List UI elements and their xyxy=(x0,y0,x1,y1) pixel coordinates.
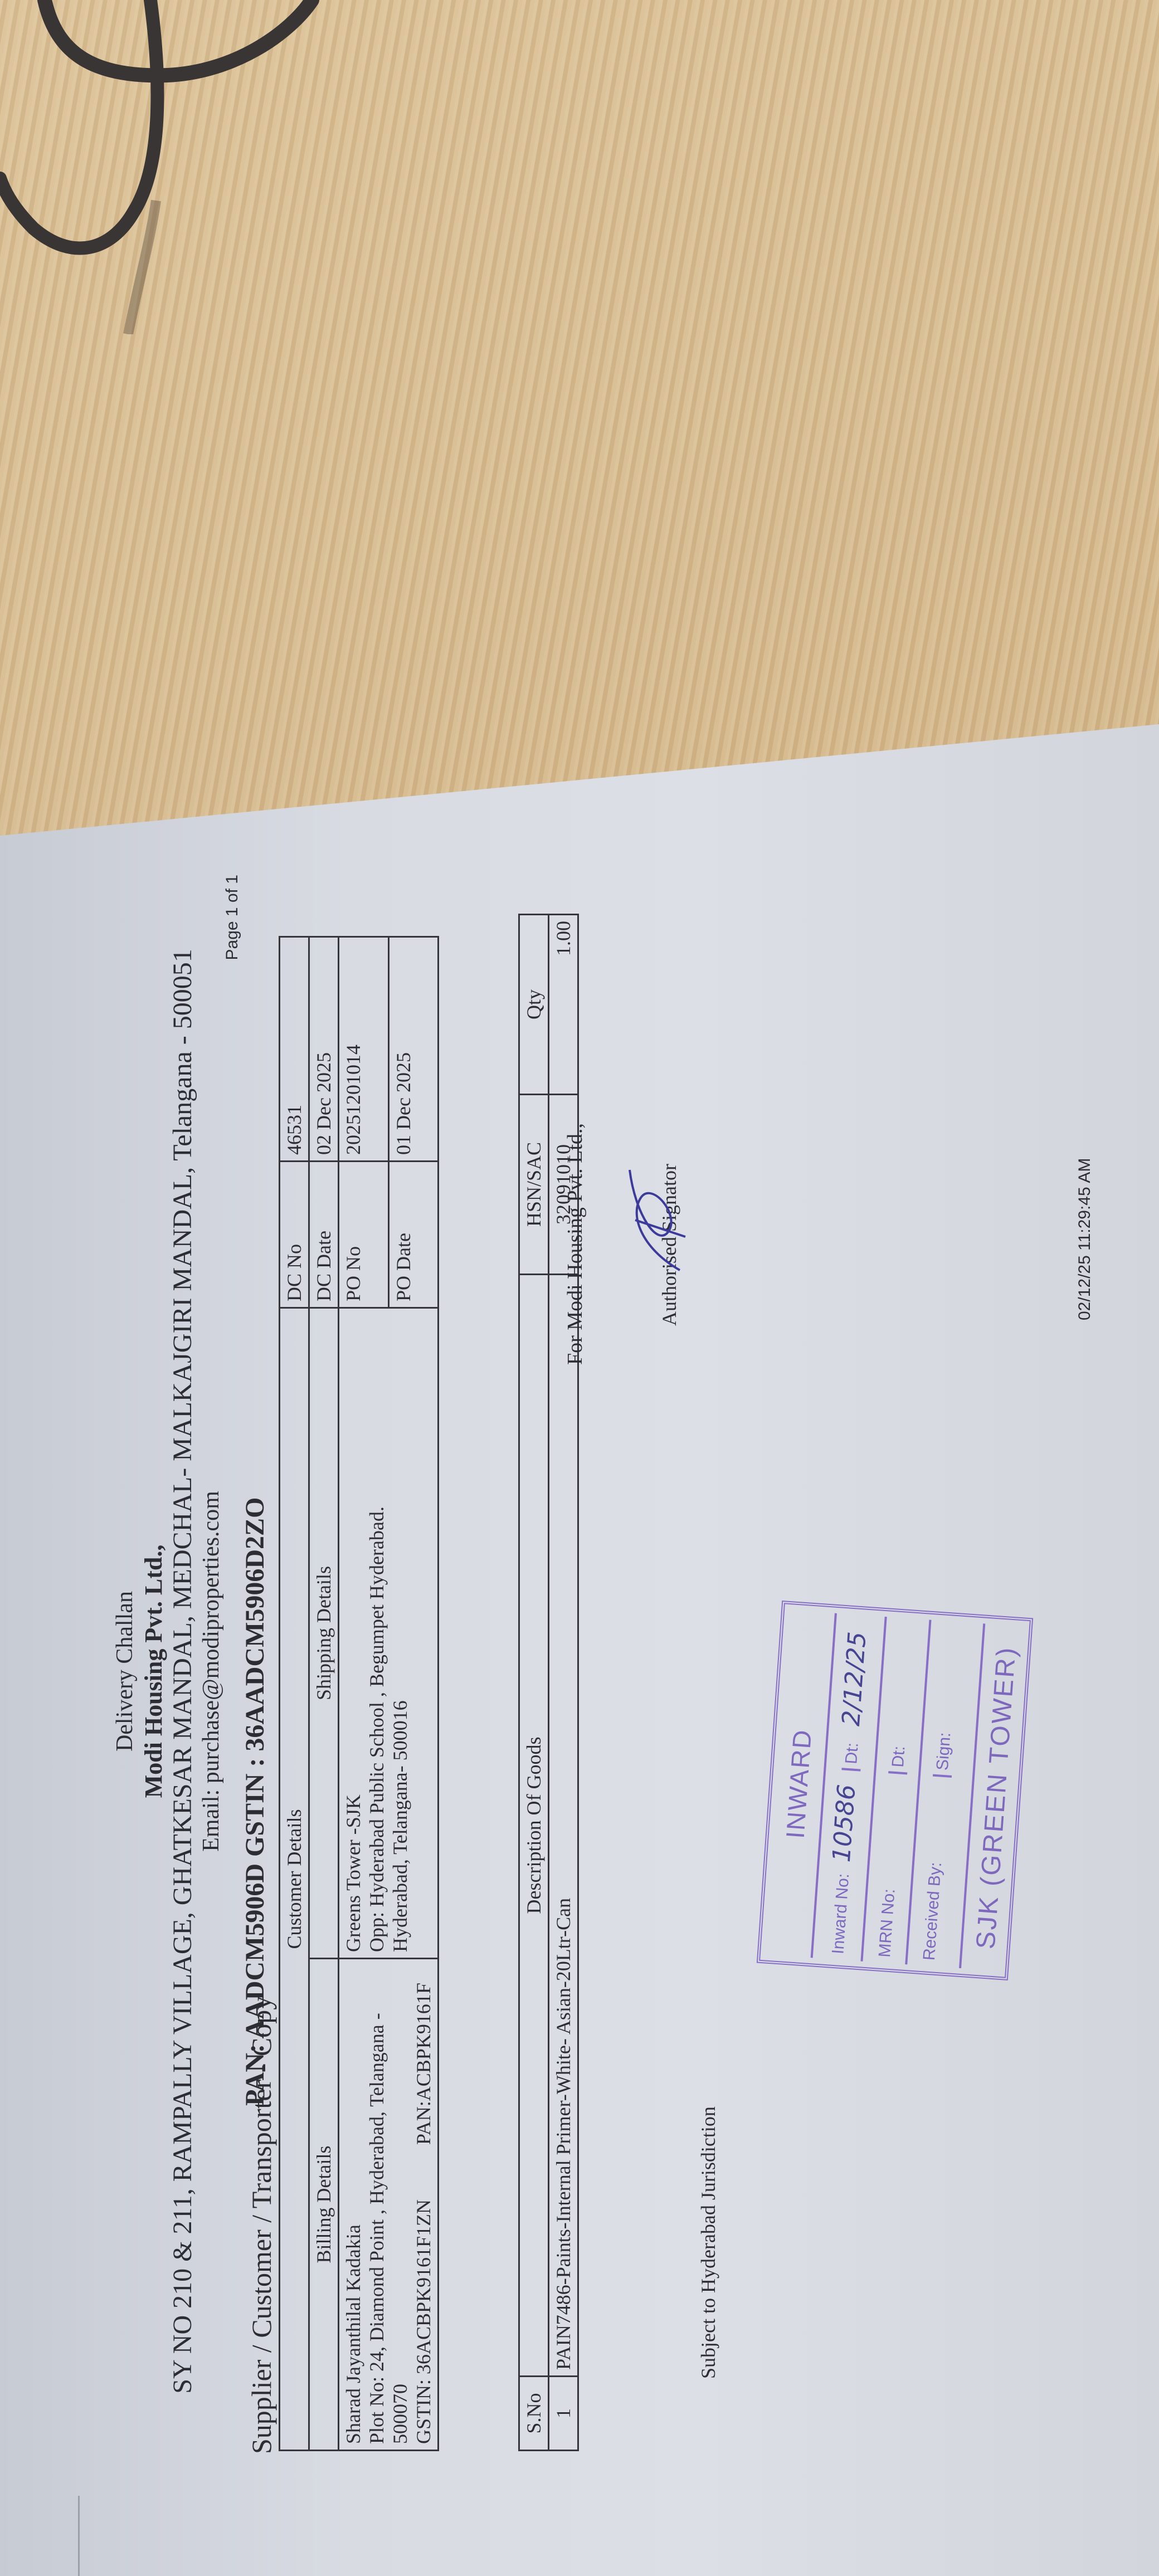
billing-details: Sharad Jayanthilal Kadakia Plot No: 24, … xyxy=(339,1959,439,2451)
customer-details-header: Customer Details xyxy=(280,1308,309,2451)
col-sno: S.No xyxy=(519,2377,549,2451)
page-number: Page 1 of 1 xyxy=(223,875,242,960)
row-qty: 1.00 xyxy=(549,915,578,1095)
billing-name: Sharad Jayanthilal Kadakia xyxy=(342,1965,365,2444)
jurisdiction-note: Subject to Hyderabad Jurisdiction xyxy=(697,2106,720,2379)
company-name: Modi Housing Pvt. Ltd., xyxy=(139,780,168,2563)
col-description: Description Of Goods xyxy=(519,1275,549,2377)
col-qty: Qty xyxy=(519,915,549,1095)
meta-label: DC No xyxy=(280,1162,309,1308)
row-description: PAIN7486-Paints-Internal Primer-White- A… xyxy=(549,1275,578,2377)
shipping-line2: Opp: Hyderabad Public School , Begumpet … xyxy=(365,1314,388,1952)
meta-value: 02 Dec 2025 xyxy=(309,937,339,1162)
signature-icon xyxy=(619,1159,697,1281)
billing-pan: PAN:ACBPK9161F xyxy=(412,1983,435,2145)
inward-no-label: Inward No: xyxy=(829,1873,853,1955)
billing-tax-ids: GSTIN: 36ACBPK9161F1ZN PAN:ACBPK9161F xyxy=(412,1965,435,2444)
for-company: For Modi Housing Pvt. Ltd., xyxy=(563,1123,587,1365)
sign-label: Sign: xyxy=(933,1731,955,1778)
col-hsn: HSN/SAC xyxy=(519,1095,549,1275)
meta-label: PO Date xyxy=(388,1162,439,1308)
inward-no-value: 10586 xyxy=(827,1783,861,1863)
meta-label: DC Date xyxy=(309,1162,339,1308)
mrn-dt-label: Dt: xyxy=(888,1745,909,1775)
shipping-details: Greens Tower -SJK Opp: Hyderabad Public … xyxy=(339,1308,439,1959)
goods-header-row: S.No Description Of Goods HSN/SAC Qty xyxy=(519,915,549,2451)
meta-value: 46531 xyxy=(280,937,309,1162)
pan-gstin: PAN: AADCM5906D GSTIN : 36AADCM5906D2ZO xyxy=(240,1497,270,2106)
inward-dt-label: Dt: xyxy=(841,1742,862,1772)
company-address: SY NO 210 & 211, RAMPALLY VILLAGE, GHATK… xyxy=(167,780,198,2563)
cable-photo-element xyxy=(0,0,501,334)
meta-value: 01 Dec 2025 xyxy=(388,937,439,1162)
delivery-challan-document: Delivery Challan Modi Housing Pvt. Ltd.,… xyxy=(84,780,1142,2563)
mrn-label: MRN No: xyxy=(875,1888,899,1958)
meta-value: 20251201014 xyxy=(339,937,389,1162)
meta-label: PO No xyxy=(339,1162,389,1308)
shipping-line3: Hyderabad, Telangana- 500016 xyxy=(388,1314,412,1952)
row-sno: 1 xyxy=(549,2377,578,2451)
paper-edge xyxy=(78,2496,80,2576)
company-email: Email: purchase@modiproperties.com xyxy=(198,780,225,2563)
received-by-label: Received By: xyxy=(920,1862,946,1962)
details-table: Customer Details DC No 46531 Billing Det… xyxy=(279,936,439,2451)
billing-details-header: Billing Details xyxy=(309,1959,339,2451)
billing-gstin: GSTIN: 36ACBPK9161F1ZN xyxy=(412,2199,435,2444)
print-timestamp: 02/12/25 11:29:45 AM xyxy=(1075,1158,1094,1320)
shipping-details-header: Shipping Details xyxy=(309,1308,339,1959)
inward-stamp: INWARD Inward No: 10586 Dt: 2/12/25 MRN … xyxy=(757,1601,1033,1980)
billing-address: Plot No: 24, Diamond Point , Hyderabad, … xyxy=(365,1965,412,2444)
document-title: Delivery Challan xyxy=(111,780,138,2563)
inward-dt-value: 2/12/25 xyxy=(837,1631,872,1727)
shipping-line1: Greens Tower -SJK xyxy=(342,1314,365,1952)
